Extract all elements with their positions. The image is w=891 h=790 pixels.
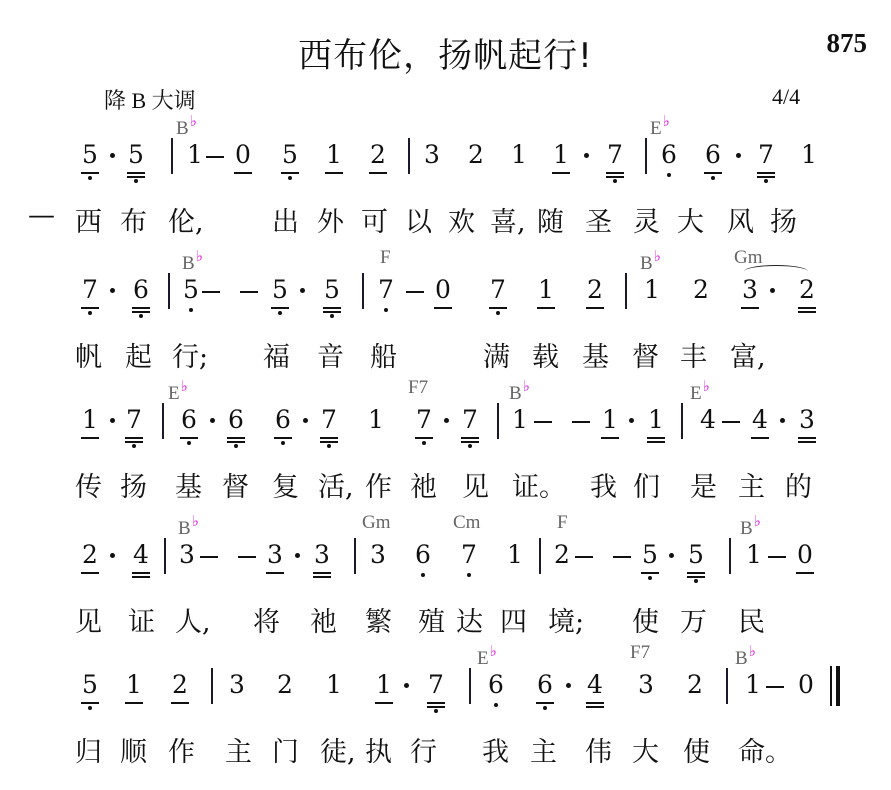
chord-root: E: [168, 383, 180, 404]
jianpu-note: 5: [78, 670, 102, 700]
jianpu-note: 0: [794, 670, 818, 700]
lyric-syllable: 执: [365, 730, 392, 769]
lyric-syllable: 圣: [585, 200, 612, 239]
jianpu-note: 5: [179, 275, 203, 305]
barline: [729, 538, 731, 574]
lyric-syllable: 载: [532, 335, 559, 374]
jianpu-note: 1: [322, 670, 346, 700]
flat-sign-icon: ♭: [703, 379, 710, 395]
jianpu-note: 3: [420, 140, 444, 170]
jianpu-note: 1: [322, 140, 346, 170]
sustain-dash: [238, 556, 256, 558]
lyric-syllable: 使: [683, 730, 710, 769]
sustain-dash: [572, 421, 590, 423]
jianpu-note: 1: [372, 670, 396, 700]
jianpu-note: 3: [634, 670, 658, 700]
jianpu-note: 1: [549, 140, 573, 170]
lyric-syllable: 帆: [75, 335, 102, 374]
final-barline: [830, 666, 841, 706]
jianpu-note: 3: [738, 275, 762, 305]
chord-symbol: B♭: [740, 512, 761, 540]
lyric-syllable: 证。: [512, 465, 566, 504]
jianpu-note: 2: [168, 670, 192, 700]
barline: [497, 403, 499, 439]
jianpu-note: 5: [268, 275, 292, 305]
barline: [681, 403, 683, 439]
jianpu-note: 2: [550, 540, 574, 570]
lyric-syllable: 基: [582, 335, 609, 374]
lyric-syllable: 使: [632, 600, 659, 639]
chord-symbol: B♭: [640, 247, 661, 275]
barline: [171, 138, 173, 174]
barline: [362, 273, 364, 309]
lyric-syllable: 主: [738, 465, 765, 504]
lyric-syllable: 传: [75, 465, 102, 504]
chord-root: B: [182, 253, 195, 274]
chord-symbol: B♭: [176, 112, 197, 140]
lyric-syllable: 以: [405, 200, 432, 239]
jianpu-note: 3: [225, 670, 249, 700]
lyric-syllable: 船: [370, 335, 397, 374]
jianpu-note: 0: [793, 540, 817, 570]
chord-symbol: F7: [408, 377, 428, 399]
lyric-syllable: 灵: [633, 200, 660, 239]
jianpu-note: 6: [271, 405, 295, 435]
jianpu-note: 6: [129, 275, 153, 305]
barline: [211, 668, 213, 704]
lyric-syllable: 祂: [410, 465, 437, 504]
chord-root: B: [640, 253, 653, 274]
lyric-syllable: 满: [483, 335, 510, 374]
lyric-syllable: 随: [537, 200, 564, 239]
lyric-syllable: 富,: [730, 335, 766, 374]
jianpu-note: 5: [278, 140, 302, 170]
lyric-syllable: 是: [690, 465, 717, 504]
jianpu-note: 2: [795, 275, 819, 305]
lyric-syllable: 督: [632, 335, 659, 374]
chord-root: B: [740, 518, 753, 539]
key-signature: 降 B 大调: [104, 84, 196, 115]
lyric-syllable: 殖: [418, 600, 445, 639]
chord-root: B: [176, 118, 189, 139]
flat-sign-icon: ♭: [523, 379, 530, 395]
jianpu-note: 1: [742, 540, 766, 570]
sustain-dash: [200, 556, 218, 558]
flat-sign-icon: ♭: [190, 114, 197, 130]
lyric-syllable: 达: [456, 600, 483, 639]
lyric-syllable: 西: [75, 200, 102, 239]
chord-root: B: [735, 648, 748, 669]
flat-sign-icon: ♭: [192, 514, 199, 530]
chord-root: E: [690, 383, 702, 404]
barline: [645, 138, 647, 174]
lyric-syllable: 见: [462, 465, 489, 504]
jianpu-note: 7: [458, 405, 482, 435]
jianpu-note: 6: [484, 670, 508, 700]
jianpu-note: 4: [696, 405, 720, 435]
sustain-dash: [534, 421, 552, 423]
jianpu-note: 6: [177, 405, 201, 435]
chord-root: Gm: [734, 247, 763, 268]
jianpu-note: 1: [534, 275, 558, 305]
lyric-syllable: 顺: [120, 730, 147, 769]
jianpu-note: 5: [638, 540, 662, 570]
lyric-syllable: 繁: [365, 600, 392, 639]
chord-root: Cm: [453, 512, 480, 533]
lyric-syllable: 起: [125, 335, 152, 374]
lyric-syllable: 祂: [310, 600, 337, 639]
jianpu-note: 3: [795, 405, 819, 435]
chord-root: B: [509, 383, 522, 404]
hymn-title: 西布伦，扬帆起行!: [0, 28, 891, 77]
jianpu-note: 7: [412, 405, 436, 435]
lyric-syllable: 们: [633, 465, 660, 504]
jianpu-note: 1: [503, 540, 527, 570]
chord-symbol: Gm: [362, 512, 391, 534]
jianpu-note: 1: [644, 405, 668, 435]
barline: [539, 538, 541, 574]
lyric-syllable: 主: [225, 730, 252, 769]
jianpu-note: 4: [748, 405, 772, 435]
lyric-syllable: 复: [272, 465, 299, 504]
jianpu-note: 7: [754, 140, 778, 170]
lyric-syllable: 人,: [175, 600, 211, 639]
lyric-syllable: 出: [272, 200, 299, 239]
jianpu-note: 1: [640, 275, 664, 305]
jianpu-note: 5: [124, 140, 148, 170]
flat-sign-icon: ♭: [654, 249, 661, 265]
jianpu-note: 7: [317, 405, 341, 435]
flat-sign-icon: ♭: [663, 114, 670, 130]
jianpu-note: 2: [583, 275, 607, 305]
lyric-syllable: 徒,: [320, 730, 356, 769]
sustain-dash: [406, 291, 424, 293]
barline: [164, 538, 166, 574]
lyric-syllable: 布: [120, 200, 147, 239]
barline: [408, 138, 410, 174]
lyric-syllable: 行;: [172, 335, 208, 374]
jianpu-note: 2: [366, 140, 390, 170]
chord-root: F: [557, 512, 568, 533]
jianpu-note: 1: [183, 140, 207, 170]
chord-root: E: [477, 648, 489, 669]
lyric-syllable: 活,: [318, 465, 354, 504]
chord-root: B: [178, 518, 191, 539]
chord-symbol: Cm: [453, 512, 480, 534]
jianpu-note: 2: [78, 540, 102, 570]
lyric-syllable: 四: [500, 600, 527, 639]
sustain-dash: [766, 686, 784, 688]
chord-root: E: [650, 118, 662, 139]
jianpu-note: 7: [122, 405, 146, 435]
chord-symbol: B♭: [509, 377, 530, 405]
lyric-syllable: 喜,: [490, 200, 526, 239]
jianpu-note: 7: [374, 275, 398, 305]
barline: [726, 668, 728, 704]
lyric-syllable: 门: [272, 730, 299, 769]
chord-symbol: F: [557, 512, 568, 534]
barline: [354, 538, 356, 574]
slur: [744, 265, 808, 278]
barline: [625, 273, 627, 309]
jianpu-note: 6: [701, 140, 725, 170]
chord-symbol: F: [380, 247, 391, 269]
jianpu-note: 0: [231, 140, 255, 170]
lyric-syllable: 大: [677, 200, 704, 239]
lyric-syllable: 音: [317, 335, 344, 374]
lyric-syllable: 基: [175, 465, 202, 504]
jianpu-note: 7: [78, 275, 102, 305]
jianpu-note: 1: [78, 405, 102, 435]
chord-root: F7: [630, 642, 650, 663]
lyric-syllable: 民: [738, 600, 765, 639]
lyric-syllable: 我: [482, 730, 509, 769]
chord-symbol: B♭: [182, 247, 203, 275]
jianpu-note: 5: [320, 275, 344, 305]
lyric-syllable: 万: [680, 600, 707, 639]
lyric-syllable: 见: [75, 600, 102, 639]
chord-symbol: B♭: [178, 512, 199, 540]
barline: [162, 403, 164, 439]
sustain-dash: [240, 291, 258, 293]
lyric-syllable: 归: [75, 730, 102, 769]
jianpu-note: 1: [364, 405, 388, 435]
lyric-syllable: 主: [530, 730, 557, 769]
jianpu-note: 6: [411, 540, 435, 570]
sustain-dash: [206, 156, 224, 158]
jianpu-note: 0: [431, 275, 455, 305]
barline: [469, 668, 471, 704]
lyric-syllable: 督: [222, 465, 249, 504]
jianpu-note: 6: [657, 140, 681, 170]
jianpu-note: 1: [797, 140, 821, 170]
jianpu-note: 6: [224, 405, 248, 435]
lyric-syllable: 大: [632, 730, 659, 769]
jianpu-note: 7: [486, 275, 510, 305]
jianpu-note: 7: [424, 670, 448, 700]
lyric-syllable: 扬: [120, 465, 147, 504]
jianpu-note: 1: [508, 405, 532, 435]
jianpu-note: 2: [464, 140, 488, 170]
chord-root: F: [380, 247, 391, 268]
jianpu-note: 7: [457, 540, 481, 570]
jianpu-note: 3: [175, 540, 199, 570]
chord-symbol: E♭: [168, 377, 188, 405]
chord-symbol: E♭: [690, 377, 710, 405]
jianpu-note: 2: [689, 275, 713, 305]
flat-sign-icon: ♭: [490, 644, 497, 660]
flat-sign-icon: ♭: [181, 379, 188, 395]
lyric-syllable: —: [28, 200, 55, 231]
lyric-syllable: 的: [785, 465, 812, 504]
lyric-syllable: 行: [410, 730, 437, 769]
jianpu-note: 4: [583, 670, 607, 700]
jianpu-note: 2: [273, 670, 297, 700]
chord-symbol: E♭: [477, 642, 497, 670]
lyric-syllable: 欢: [448, 200, 475, 239]
chord-root: Gm: [362, 512, 391, 533]
jianpu-note: 2: [683, 670, 707, 700]
jianpu-note: 3: [310, 540, 334, 570]
hymn-number: 875: [827, 28, 868, 59]
flat-sign-icon: ♭: [749, 644, 756, 660]
lyric-syllable: 作: [168, 730, 195, 769]
lyric-syllable: 将: [253, 600, 280, 639]
jianpu-note: 3: [366, 540, 390, 570]
lyric-syllable: 外: [317, 200, 344, 239]
chord-symbol: E♭: [650, 112, 670, 140]
jianpu-note: 3: [263, 540, 287, 570]
lyric-syllable: 伟: [585, 730, 612, 769]
lyric-syllable: 证: [128, 600, 155, 639]
jianpu-note: 1: [598, 405, 622, 435]
sustain-dash: [575, 556, 593, 558]
sustain-dash: [613, 556, 631, 558]
lyric-syllable: 我: [590, 465, 617, 504]
time-signature: 4/4: [772, 84, 800, 110]
jianpu-note: 1: [507, 140, 531, 170]
chord-root: F7: [408, 377, 428, 398]
lyric-syllable: 境;: [548, 600, 584, 639]
jianpu-note: 5: [78, 140, 102, 170]
lyric-syllable: 风: [727, 200, 754, 239]
lyric-syllable: 丰: [680, 335, 707, 374]
lyric-syllable: 命。: [738, 730, 792, 769]
jianpu-note: 1: [741, 670, 765, 700]
lyric-syllable: 作: [365, 465, 392, 504]
jianpu-note: 1: [122, 670, 146, 700]
jianpu-note: 5: [684, 540, 708, 570]
barline: [168, 273, 170, 309]
sustain-dash: [768, 556, 786, 558]
sustain-dash: [722, 421, 740, 423]
lyric-syllable: 扬: [770, 200, 797, 239]
sustain-dash: [202, 291, 220, 293]
chord-symbol: F7: [630, 642, 650, 664]
chord-symbol: B♭: [735, 642, 756, 670]
flat-sign-icon: ♭: [196, 249, 203, 265]
lyric-syllable: 福: [263, 335, 290, 374]
lyric-syllable: 可: [361, 200, 388, 239]
jianpu-note: 4: [129, 540, 153, 570]
jianpu-note: 7: [603, 140, 627, 170]
lyric-syllable: 伦,: [168, 200, 204, 239]
jianpu-note: 6: [533, 670, 557, 700]
flat-sign-icon: ♭: [754, 514, 761, 530]
